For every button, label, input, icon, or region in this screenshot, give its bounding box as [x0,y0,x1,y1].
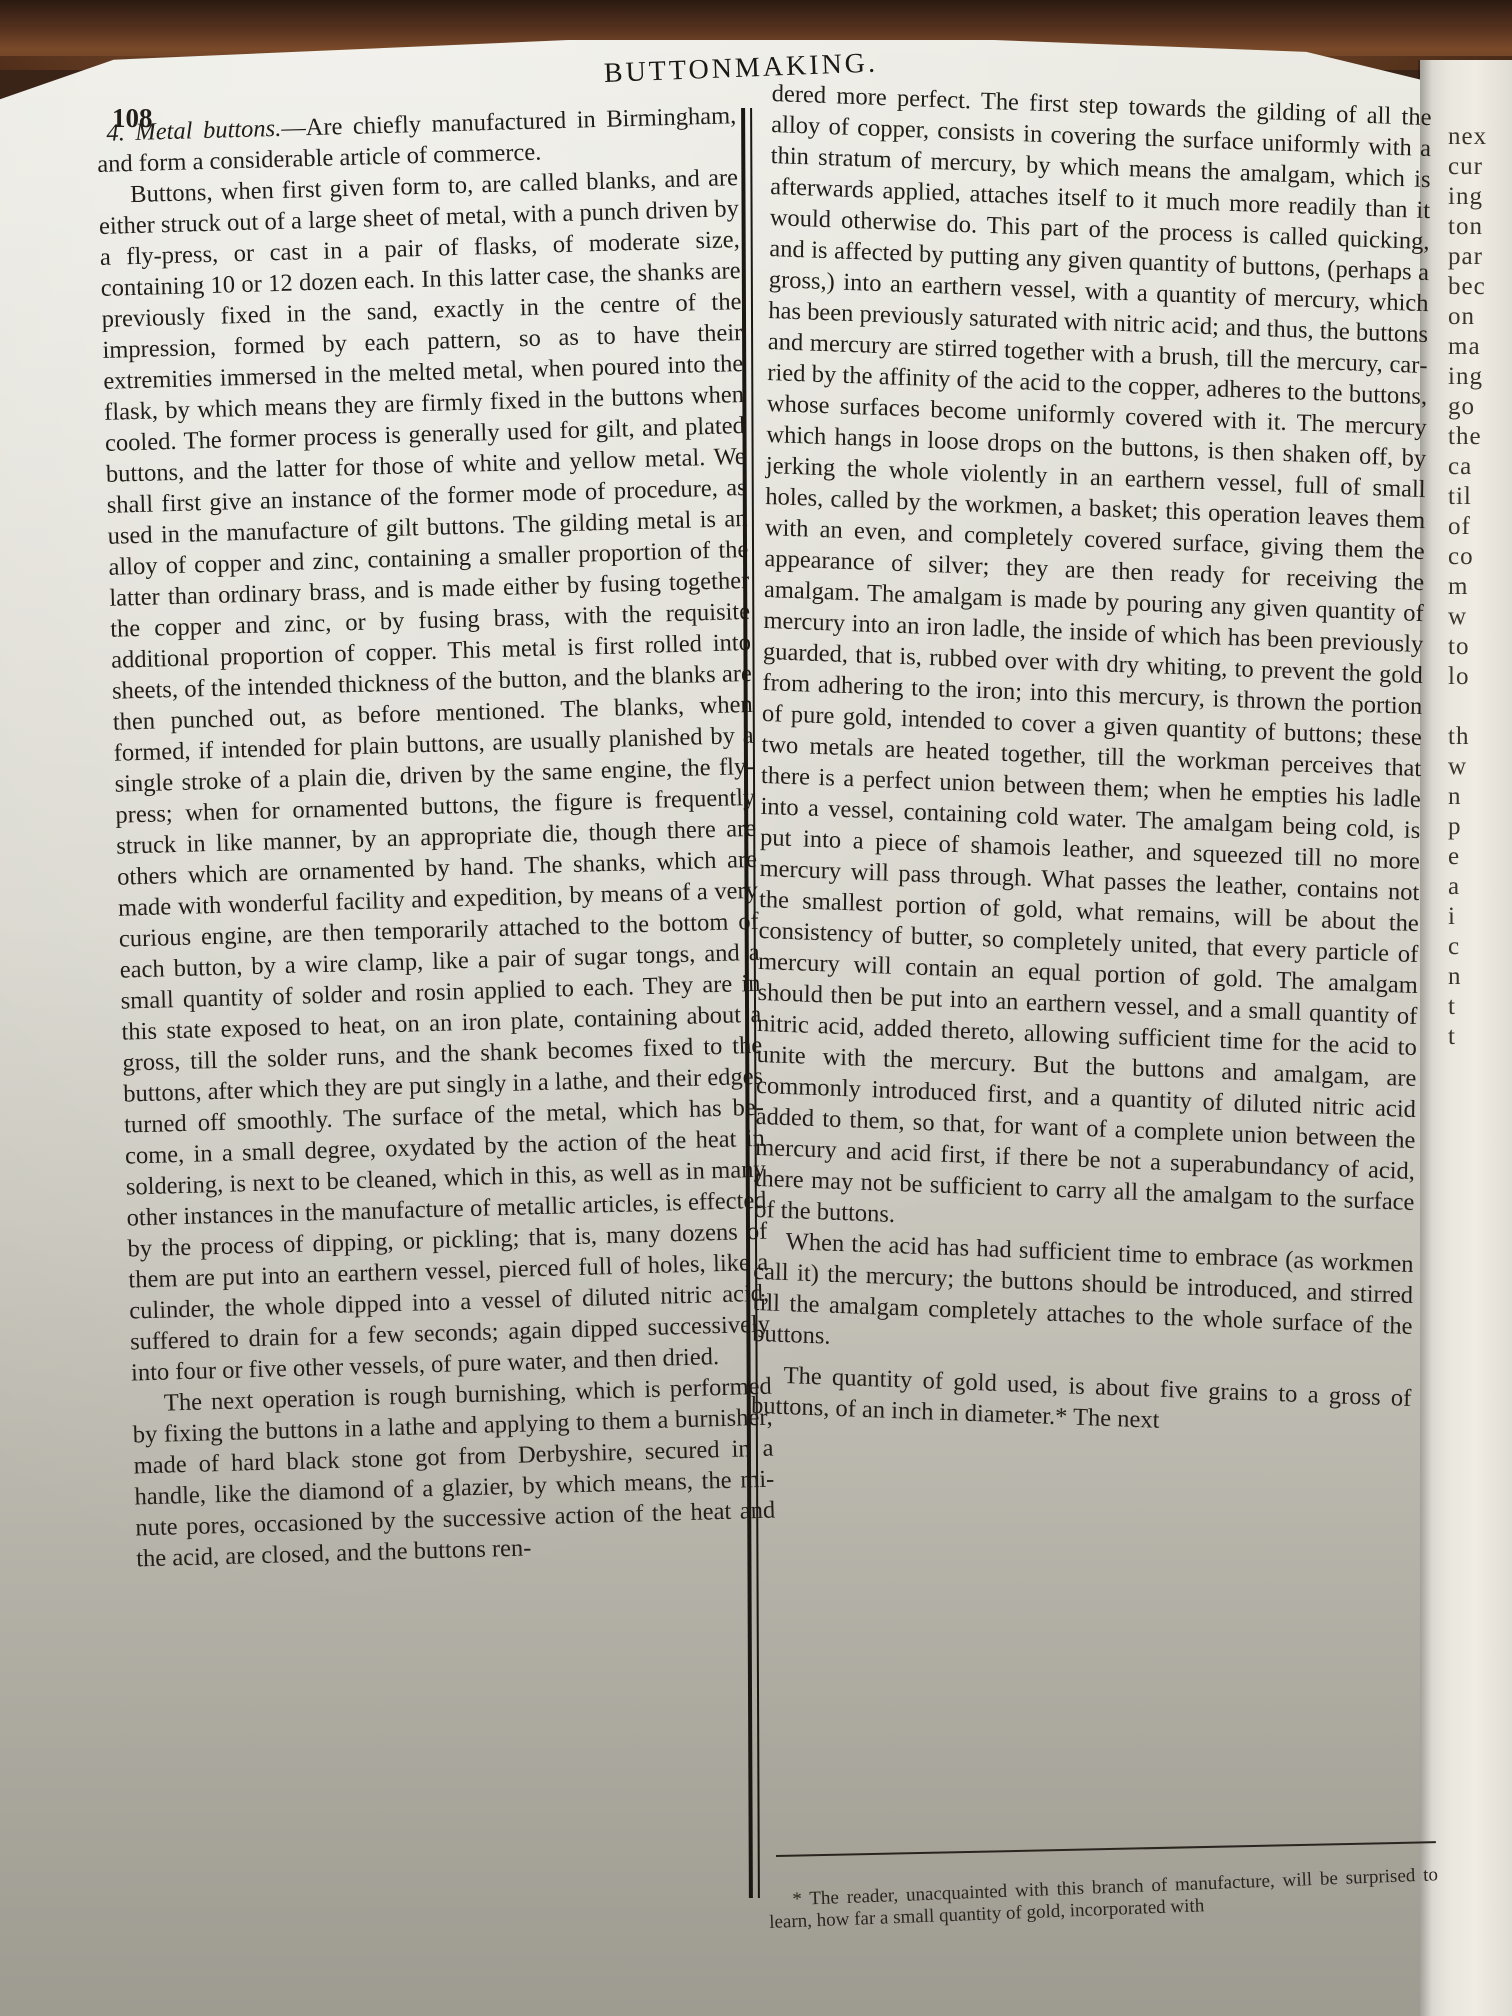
paragraph-burnishing: The next operation is rough burnishing, … [131,1371,776,1575]
paragraph-blanks: Buttons, when first given form to, are c… [98,162,772,1388]
paragraph-quicking: dered more perfect. The first step towar… [754,78,1432,1249]
paragraph-embrace: When the acid has had sufficient time to… [752,1225,1414,1373]
next-page-edge: nex cur ing ton par bec on ma ing go the… [1420,60,1512,2016]
section-label: 4. Metal buttons. [106,115,282,147]
next-page-text-fragments: nex cur ing ton par bec on ma ing go the… [1448,122,1487,1052]
left-text-column: 4. Metal buttons.—Are chiefly manufactur… [96,100,776,1574]
right-text-column: dered more perfect. The first step towar… [751,78,1432,1445]
